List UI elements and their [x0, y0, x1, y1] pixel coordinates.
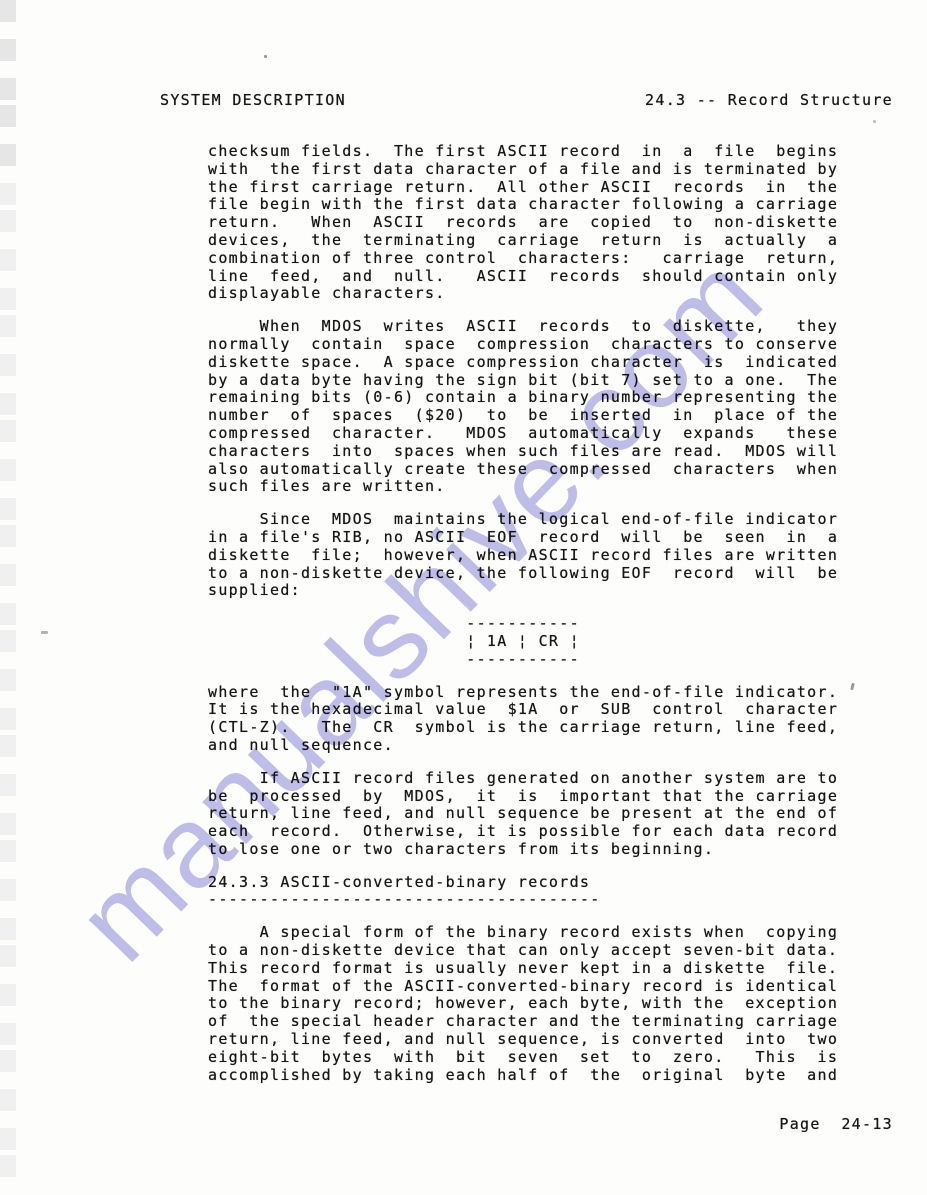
paragraph-other-systems: If ASCII record files generated on anoth…	[208, 770, 838, 859]
scan-edge-mark	[0, 840, 16, 862]
scan-edge-mark	[0, 315, 16, 337]
scan-edge-mark	[0, 984, 16, 1006]
paragraph-eof-indicator: Since MDOS maintains the logical end-of-…	[208, 511, 838, 600]
scan-edge-mark	[0, 669, 16, 691]
scan-edge-mark	[0, 1155, 16, 1177]
scan-edge-mark	[0, 1050, 16, 1072]
scan-edge-mark	[0, 210, 16, 232]
scan-speck	[873, 120, 876, 123]
running-header-title: SYSTEM DESCRIPTION	[160, 92, 346, 110]
scan-edge-mark	[0, 1023, 16, 1045]
scan-edge-mark	[0, 564, 16, 586]
scanned-document-page: SYSTEM DESCRIPTION 24.3 -- Record Struct…	[0, 0, 927, 1195]
scan-edge-mark	[0, 774, 16, 796]
running-header-section: 24.3 -- Record Structure	[645, 92, 893, 110]
scan-speck	[41, 631, 48, 634]
paragraph-ascii-records: checksum fields. The first ASCII record …	[208, 143, 838, 303]
document-body: checksum fields. The first ASCII record …	[208, 143, 838, 1099]
scan-edge-mark	[0, 879, 16, 901]
scan-edge-mark	[0, 249, 16, 271]
scan-edge-artifacts	[0, 0, 20, 1195]
scan-edge-mark	[0, 918, 16, 940]
scan-edge-mark	[0, 39, 16, 61]
scan-edge-mark	[0, 144, 16, 166]
scan-edge-mark	[0, 393, 16, 415]
paragraph-ascii-converted-binary: A special form of the binary record exis…	[208, 924, 838, 1084]
scan-edge-mark	[0, 78, 16, 100]
paragraph-1a-symbol: where the "1A" symbol represents the end…	[208, 684, 838, 755]
scan-speck	[850, 683, 855, 691]
scan-edge-mark	[0, 735, 16, 757]
scan-edge-mark	[0, 603, 16, 625]
scan-edge-mark	[0, 630, 16, 652]
scan-edge-mark	[0, 1128, 16, 1150]
scan-edge-mark	[0, 0, 16, 22]
scan-edge-mark	[0, 525, 16, 547]
scan-edge-mark	[0, 183, 16, 205]
scan-edge-mark	[0, 708, 16, 730]
scan-edge-mark	[0, 813, 16, 835]
scan-edge-mark	[0, 105, 16, 127]
scan-edge-mark	[0, 1089, 16, 1111]
scan-edge-mark	[0, 945, 16, 967]
scan-edge-mark	[0, 288, 16, 310]
eof-record-diagram: ----------- ¦ 1A ¦ CR ¦ -----------	[208, 615, 838, 668]
scan-edge-mark	[0, 420, 16, 442]
scan-edge-mark	[0, 459, 16, 481]
scan-edge-mark	[0, 498, 16, 520]
paragraph-space-compression: When MDOS writes ASCII records to disket…	[208, 318, 838, 496]
scan-speck	[264, 55, 267, 58]
page-number: Page 24-13	[779, 1116, 893, 1134]
scan-edge-mark	[0, 354, 16, 376]
section-heading-24-3-3: 24.3.3 ASCII-converted-binary records --…	[208, 874, 838, 910]
